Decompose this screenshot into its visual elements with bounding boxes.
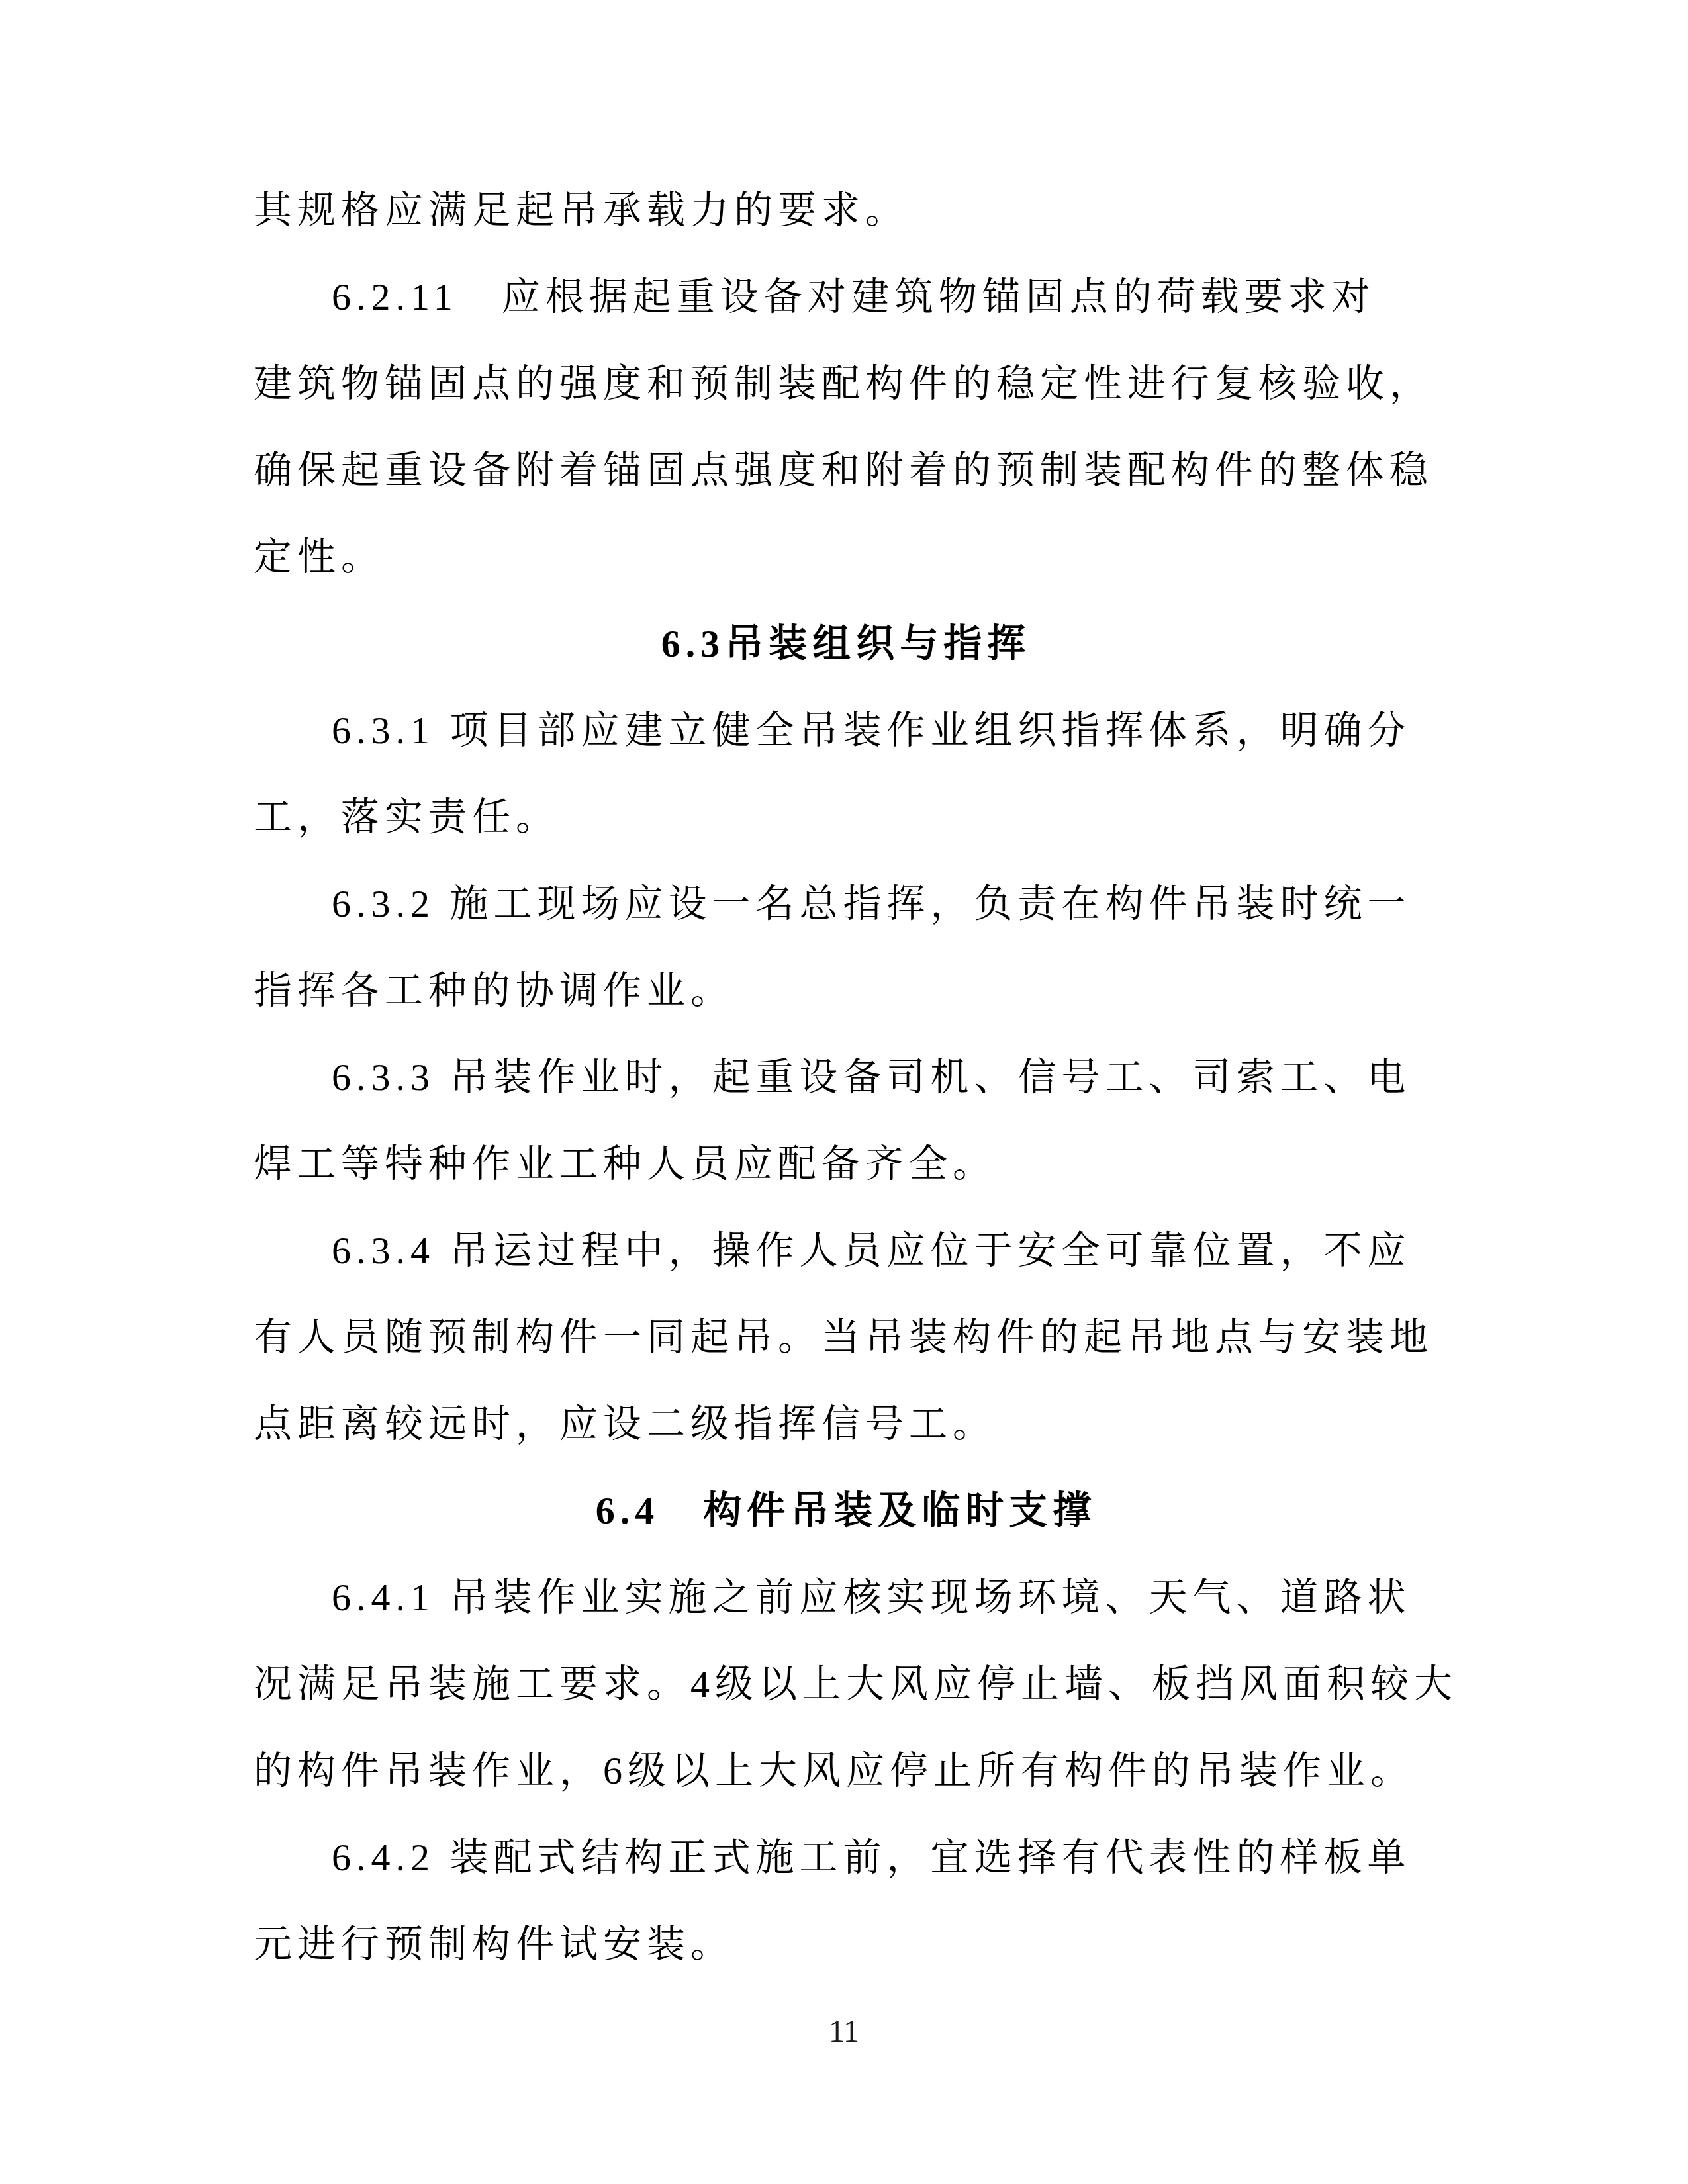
text-line: 6.4.2 装配式结构正式施工前，宜选择有代表性的样板单: [254, 1814, 1438, 1901]
section-heading: 6.3吊装组织与指挥: [254, 600, 1438, 687]
text-line: 6.3.4 吊运过程中，操作人员应位于安全可靠位置，不应: [254, 1207, 1438, 1294]
paragraph: 6.3.4 吊运过程中，操作人员应位于安全可靠位置，不应有人员随预制构件一同起吊…: [254, 1207, 1438, 1467]
text-line: 指挥各工种的协调作业。: [254, 947, 1438, 1034]
paragraph: 6.3.1 项目部应建立健全吊装作业组织指挥体系，明确分工，落实责任。: [254, 687, 1438, 860]
text-line: 焊工等特种作业工种人员应配备齐全。: [254, 1120, 1438, 1207]
text-line: 工，落实责任。: [254, 774, 1438, 860]
text-line: 元进行预制构件试安装。: [254, 1901, 1438, 1987]
text-line: 6.3.2 施工现场应设一名总指挥，负责在构件吊装时统一: [254, 860, 1438, 947]
paragraph: 6.2.11 应根据起重设备对建筑物锚固点的荷载要求对建筑物锚固点的强度和预制装…: [254, 253, 1438, 600]
text-line: 其规格应满足起吊承载力的要求。: [254, 167, 1438, 253]
paragraph: 其规格应满足起吊承载力的要求。: [254, 167, 1438, 253]
page-number: 11: [0, 2012, 1688, 2052]
section-heading: 6.4 构件吊装及临时支撑: [254, 1467, 1438, 1554]
text-line: 确保起重设备附着锚固点强度和附着的预制装配构件的整体稳: [254, 427, 1438, 514]
text-line: 的构件吊装作业，6级以上大风应停止所有构件的吊装作业。: [254, 1727, 1438, 1814]
text-line: 6.4.1 吊装作业实施之前应核实现场环境、天气、道路状: [254, 1554, 1438, 1641]
document-body: 其规格应满足起吊承载力的要求。6.2.11 应根据起重设备对建筑物锚固点的荷载要…: [254, 167, 1438, 1987]
text-line: 有人员随预制构件一同起吊。当吊装构件的起吊地点与安装地: [254, 1294, 1438, 1381]
text-line: 6.3.1 项目部应建立健全吊装作业组织指挥体系，明确分: [254, 687, 1438, 774]
heading-line: 6.4 构件吊装及临时支撑: [254, 1467, 1438, 1554]
text-line: 定性。: [254, 514, 1438, 600]
text-line: 建筑物锚固点的强度和预制装配构件的稳定性进行复核验收，: [254, 340, 1438, 427]
paragraph: 6.3.3 吊装作业时，起重设备司机、信号工、司索工、电焊工等特种作业工种人员应…: [254, 1034, 1438, 1207]
document-page: 其规格应满足起吊承载力的要求。6.2.11 应根据起重设备对建筑物锚固点的荷载要…: [0, 0, 1688, 2184]
paragraph: 6.4.1 吊装作业实施之前应核实现场环境、天气、道路状况满足吊装施工要求。4级…: [254, 1554, 1438, 1814]
paragraph: 6.3.2 施工现场应设一名总指挥，负责在构件吊装时统一指挥各工种的协调作业。: [254, 860, 1438, 1034]
text-line: 况满足吊装施工要求。4级以上大风应停止墙、板挡风面积较大: [254, 1641, 1438, 1727]
text-line: 点距离较远时，应设二级指挥信号工。: [254, 1381, 1438, 1467]
text-line: 6.3.3 吊装作业时，起重设备司机、信号工、司索工、电: [254, 1034, 1438, 1120]
paragraph: 6.4.2 装配式结构正式施工前，宜选择有代表性的样板单元进行预制构件试安装。: [254, 1814, 1438, 1987]
heading-line: 6.3吊装组织与指挥: [254, 600, 1438, 687]
text-line: 6.2.11 应根据起重设备对建筑物锚固点的荷载要求对: [254, 253, 1438, 340]
